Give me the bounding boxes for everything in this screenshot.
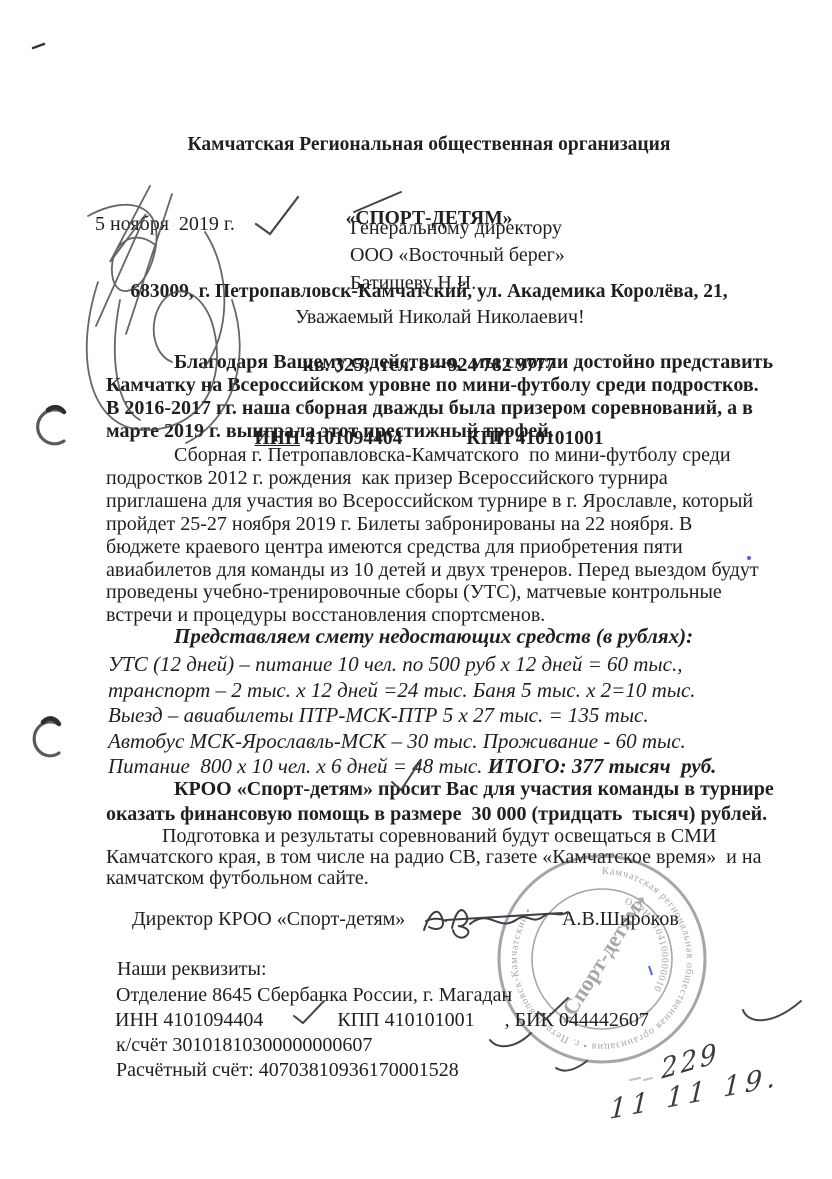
text-line: приглашена для участия во Всероссийском … (106, 490, 759, 513)
text-line: Камчатского края, в том числе на радио С… (106, 847, 761, 868)
text-line: Батищеву Н.Н. (350, 270, 565, 297)
requisites-bank: Отделение 8645 Сбербанка России, г. Мага… (116, 984, 512, 1007)
paragraph-intro: Благодаря Вашему содействию, мы смогли д… (106, 351, 773, 443)
text-line: бюджете краевого центра имеются средства… (106, 536, 759, 559)
text-line: пройдет 25-27 ноября 2019 г. Билеты забр… (106, 513, 759, 536)
text-line: КРОО «Спорт-детям» просит Вас для участи… (106, 777, 774, 802)
text-line: Подготовка и результаты соревнований буд… (106, 826, 761, 847)
text-line: транспорт – 2 тыс. х 12 дней =24 тыс. Ба… (108, 678, 716, 704)
estimate-lines: УТС (12 дней) – питание 10 чел. по 500 р… (108, 652, 716, 754)
requisites-corr-account: к/счёт 30101810300000000607 (116, 1034, 372, 1057)
scanned-letter-page: Камчатская региональная общественная орг… (0, 0, 832, 1179)
requisites-kpp: КПП 410101001 (337, 1009, 474, 1031)
text-line: марте 2019 г. выиграла этот престижный т… (106, 420, 773, 443)
requisites-codes: ИНН 4101094404КПП 410101001, БИК 0444426… (115, 1009, 649, 1032)
signature-name: А.В.Широков (562, 908, 679, 931)
text-line: оказать финансовую помощь в размере 30 0… (106, 802, 774, 827)
text-line: В 2016-2017 гг. наша сборная дважды была… (106, 397, 773, 420)
text-line: ООО «Восточный берег» (350, 242, 565, 269)
requisites-inn: ИНН 4101094404 (115, 1009, 263, 1031)
requisites-settlement-account: Расчётный счёт: 40703810936170001528 (116, 1059, 459, 1082)
estimate-title: Представляем смету недостающих средств (… (174, 624, 693, 649)
letter-date: 5 ноября 2019 г. (95, 213, 235, 236)
text-line: Камчатку на Всероссийском уровне по мини… (106, 374, 773, 397)
estimate-last-item: Питание 800 х 10 чел. х 6 дней = 48 тыс. (108, 754, 488, 778)
paragraph-team: Сборная г. Петропавловска-Камчатского по… (106, 444, 759, 627)
text-line: УТС (12 дней) – питание 10 чел. по 500 р… (108, 652, 716, 678)
text-line: Сборная г. Петропавловска-Камчатского по… (106, 444, 759, 467)
org-name-line1: Камчатская Региональная общественная орг… (13, 133, 832, 158)
signature-title: Директор КРОО «Спорт-детям» (132, 908, 405, 931)
estimate-block: УТС (12 дней) – питание 10 чел. по 500 р… (108, 652, 716, 780)
estimate-total: ИТОГО: 377 тысяч руб. (488, 754, 717, 778)
text-line: Благодаря Вашему содействию, мы смогли д… (106, 351, 773, 374)
text-line: проведены учебно-тренировочные сборы (УТ… (106, 581, 759, 604)
text-line: авиабилетов для команды из 10 детей и дв… (106, 559, 759, 582)
text-line: Генеральному директору (350, 215, 565, 242)
paragraph-media: Подготовка и результаты соревнований буд… (106, 826, 761, 889)
addressee-block: Генеральному директоруООО «Восточный бер… (350, 215, 565, 297)
requisites-bik: , БИК 044442607 (505, 1009, 649, 1031)
text-line: Автобус МСК-Ярославль-МСК – 30 тыс. Прож… (108, 729, 716, 755)
text-line: камчатском футбольном сайте. (106, 868, 761, 889)
paragraph-request: КРОО «Спорт-детям» просит Вас для участи… (106, 777, 774, 826)
text-line: Выезд – авиабилеты ПТР-МСК-ПТР 5 х 27 ты… (108, 703, 716, 729)
salutation: Уважаемый Николай Николаевич! (295, 306, 585, 329)
requisites-title: Наши реквизиты: (117, 958, 267, 981)
text-line: подростков 2012 г. рождения как призер В… (106, 467, 759, 490)
